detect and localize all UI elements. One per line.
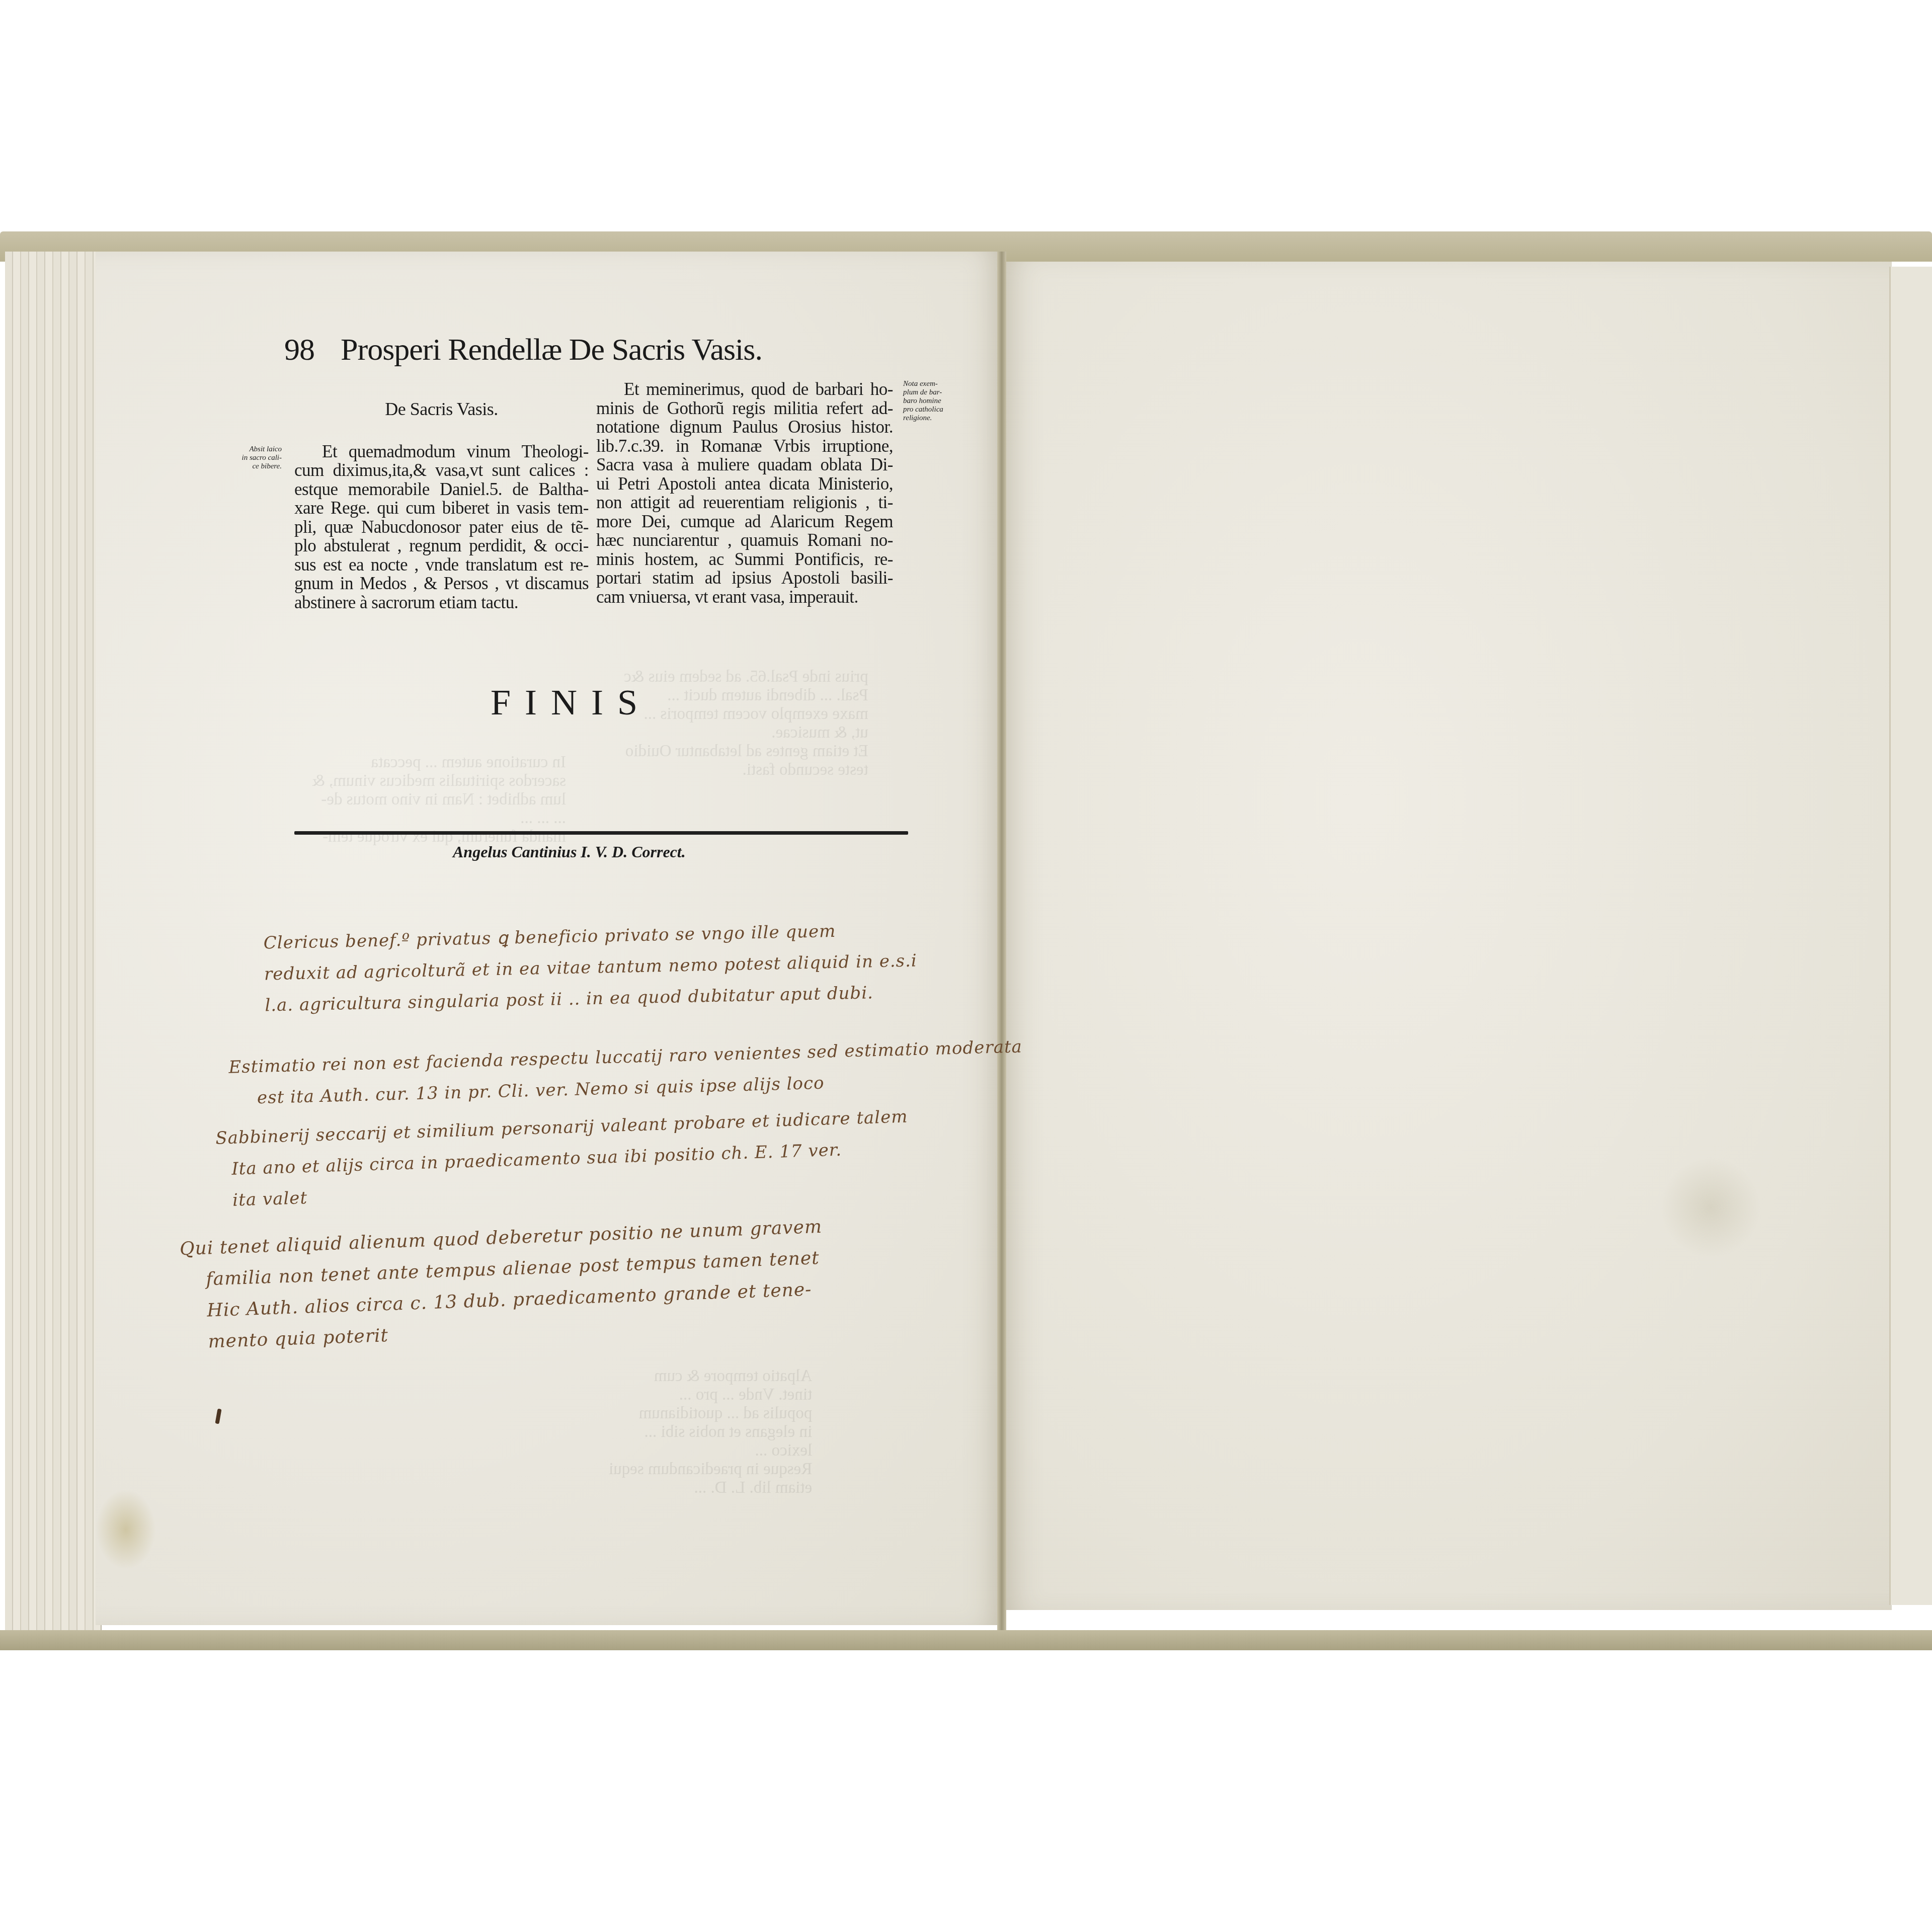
show-through-text: In curatione autem ... peccata sacerdos … xyxy=(312,735,566,846)
book-gutter xyxy=(997,252,1006,1630)
foxing-stain xyxy=(96,1489,156,1570)
text-line: minis de Gothorũ regis militia refert ad… xyxy=(596,399,893,418)
manuscript-note-1: Clericus benef.º privatus ꝗ beneficio pr… xyxy=(263,914,918,1021)
text-line: xare Rege. qui cum biberet in vasis tem- xyxy=(294,499,589,518)
text-line: lib.7.c.39. in Romanæ Vrbis irruptione, xyxy=(596,437,893,456)
show-through-text: Alpatio tempore & cum tinet. Vnde ... pr… xyxy=(609,1348,812,1497)
text-column-right: Et meminerimus, quod de barbari ho- mini… xyxy=(596,380,893,606)
binding-bottom-edge xyxy=(0,1630,1932,1650)
section-subheading: De Sacris Vasis. xyxy=(294,400,589,419)
page-number: 98 xyxy=(284,333,314,367)
text-line: Et quemadmodum vinum Theologi- xyxy=(294,442,589,461)
running-title: Prosperi Rendellæ De Sacris Vasis. xyxy=(341,333,762,367)
marginal-note-left: Absit laico in sacro cali- ce bibere. xyxy=(234,445,282,471)
foxing-stain xyxy=(1660,1157,1761,1258)
text-line: minis hostem, ac Summi Pontificis, re- xyxy=(596,550,893,569)
right-page-blank xyxy=(1006,262,1892,1610)
text-line: cum diximus,ita,& vasa,vt sunt calices : xyxy=(294,461,589,480)
loose-sheet-edge xyxy=(1889,267,1932,1605)
text-line: Sacra vasa à muliere quadam oblata Di- xyxy=(596,455,893,474)
text-column-left: De Sacris Vasis. Et quemadmodum vinum Th… xyxy=(294,400,589,612)
text-line: sus est ea nocte , vnde translatum est r… xyxy=(294,555,589,575)
text-line: gnum in Medos , & Persos , vt discamus xyxy=(294,574,589,593)
page-block-edge xyxy=(5,252,102,1640)
show-through-text: prius inde Psal.65. ad sedem eius &c Psa… xyxy=(624,649,868,779)
text-line: notatione dignum Paulus Orosius histor. xyxy=(596,418,893,437)
text-line: cam vniuersa, vt erant vasa, imperauit. xyxy=(596,588,893,607)
manuscript-note-4: Qui tenet aliquid alienum quod deberetur… xyxy=(179,1212,826,1358)
text-line: ui Petri Apostoli antea dicata Ministeri… xyxy=(596,474,893,494)
text-line: pli, quæ Nabucdonosor pater eius de tẽ- xyxy=(294,518,589,537)
text-line: abstinere à sacrorum etiam tactu. xyxy=(294,593,589,612)
text-line: non attigit ad reuerentiam religionis , … xyxy=(596,493,893,512)
text-line: Et meminerimus, quod de barbari ho- xyxy=(596,380,893,399)
text-line: plo abstulerat , regnum perdidit, & occi… xyxy=(294,536,589,555)
text-line: more Dei, cumque ad Alaricum Regem xyxy=(596,512,893,531)
text-line: hæc nunciarentur , quamuis Romani no- xyxy=(596,531,893,550)
text-line: portari statim ad ipsius Apostoli basili… xyxy=(596,569,893,588)
corrector-imprint: Angelus Cantinius I. V. D. Correct. xyxy=(453,843,686,861)
running-head: 98Prosperi Rendellæ De Sacris Vasis. xyxy=(284,332,762,368)
finis-heading: FINIS xyxy=(491,682,652,723)
horizontal-rule xyxy=(294,831,908,835)
text-line: estque memorabile Daniel.5. de Baltha- xyxy=(294,480,589,499)
marginal-note-right: Nota exem- plum de bar- baro homine pro … xyxy=(903,380,958,423)
